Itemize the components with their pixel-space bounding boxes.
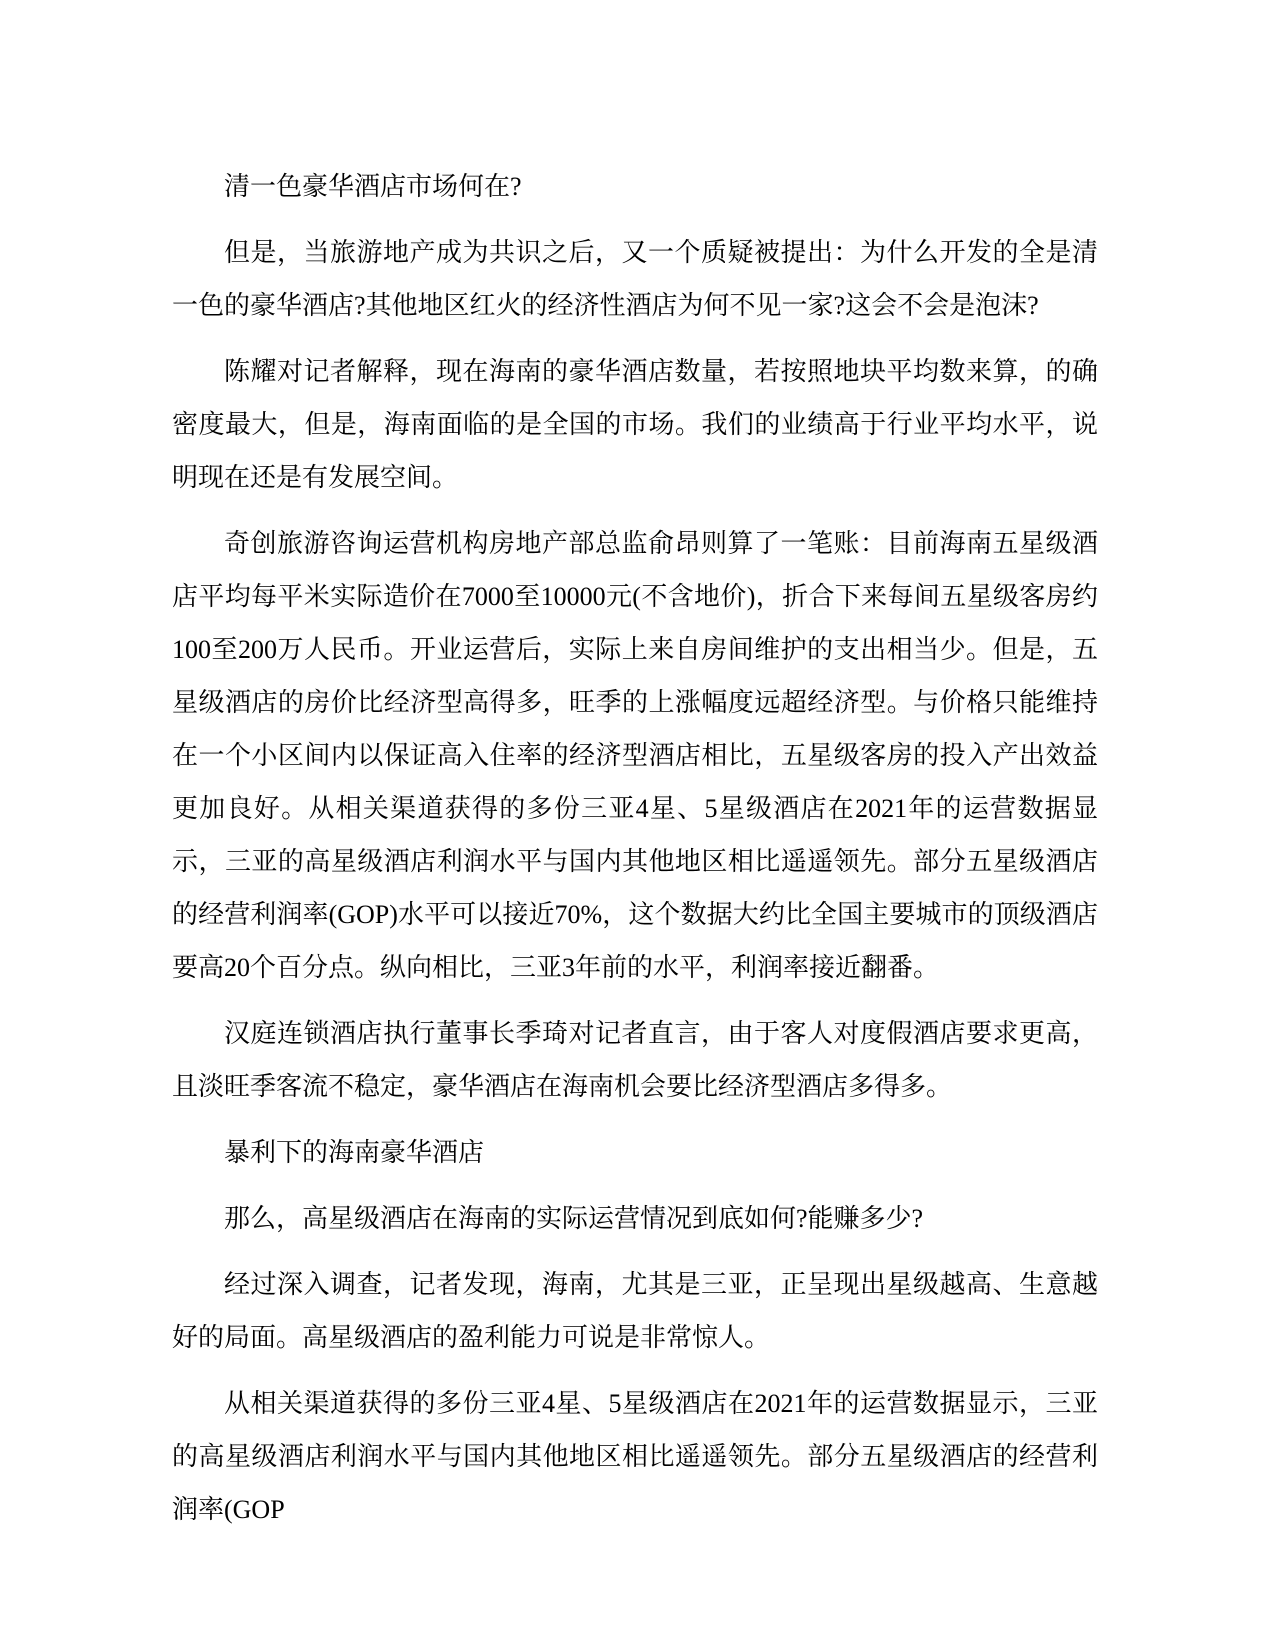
paragraph-cost-calculation: 奇创旅游咨询运营机构房地产部总监俞昂则算了一笔账：目前海南五星级酒店平均每平米实… — [172, 517, 1098, 994]
paragraph-doubt-raised: 但是，当旅游地产成为共识之后，又一个质疑被提出：为什么开发的全是清一色的豪华酒店… — [172, 226, 1098, 332]
paragraph-how-profitable-question: 那么，高星级酒店在海南的实际运营情况到底如何?能赚多少? — [172, 1192, 1098, 1245]
paragraph-hanting-chairman: 汉庭连锁酒店执行董事长季琦对记者直言，由于客人对度假酒店要求更高，且淡旺季客流不… — [172, 1007, 1098, 1113]
paragraph-subheading-windfall: 暴利下的海南豪华酒店 — [172, 1126, 1098, 1179]
document-body: 清一色豪华酒店市场何在? 但是，当旅游地产成为共识之后，又一个质疑被提出：为什么… — [172, 160, 1098, 1549]
paragraph-investigation-findings: 经过深入调查，记者发现，海南，尤其是三亚，正呈现出星级越高、生意越好的局面。高星… — [172, 1258, 1098, 1364]
paragraph-operating-data-truncated: 从相关渠道获得的多份三亚4星、5星级酒店在2021年的运营数据显示，三亚的高星级… — [172, 1377, 1098, 1536]
document-page: 清一色豪华酒店市场何在? 但是，当旅游地产成为共识之后，又一个质疑被提出：为什么… — [0, 0, 1275, 1650]
paragraph-heading-question: 清一色豪华酒店市场何在? — [172, 160, 1098, 213]
paragraph-chenyao-explains: 陈耀对记者解释，现在海南的豪华酒店数量，若按照地块平均数来算，的确密度最大，但是… — [172, 345, 1098, 504]
